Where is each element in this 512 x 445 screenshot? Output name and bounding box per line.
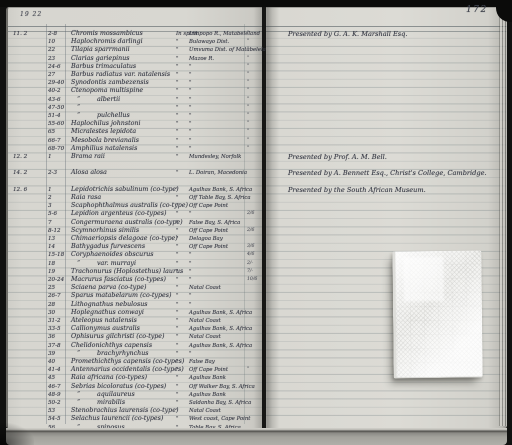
locality: Natal Coast <box>189 284 221 292</box>
condition-mark: " <box>176 219 178 227</box>
ledger-row: 26-7 Sparus matabelarum (co-types) " " <box>8 292 262 300</box>
species-name: Ctenopoma multispine <box>71 87 143 95</box>
species-name: Sciaena parva (co-type) <box>71 284 146 292</box>
condition-mark: " <box>176 112 178 120</box>
locality: Off Cape Point <box>189 202 228 210</box>
species-name: Lepidotrichis sabulinum (co-type) <box>71 186 179 194</box>
specimen-number: 36 <box>48 333 55 341</box>
specimen-number: 53 <box>48 407 55 415</box>
ledger-row: 33-5 Callionymus australis " Agulhas Ban… <box>8 325 262 333</box>
specimen-number: 3 <box>48 202 52 210</box>
species-name: Selachus laurencii (co-types) <box>71 415 163 423</box>
ledger-row: 12. 6 1 Lepidotrichis sabulinum (co-type… <box>8 186 262 194</box>
specimen-number: 2 <box>48 194 52 202</box>
specimen-number: 7 <box>48 219 52 227</box>
condition-mark: " <box>176 391 178 399</box>
specimen-number: 10 <box>48 38 55 46</box>
species-name: Antennarius occidentalis (co-types) <box>71 366 184 374</box>
specimen-number: 28 <box>48 301 55 309</box>
species-name: Raia africana (co-types) <box>71 374 147 382</box>
condition-mark: " <box>176 227 178 235</box>
locality: West coast, Cape Point <box>189 415 250 423</box>
specimen-number: 24-6 <box>48 63 61 71</box>
condition-mark: " <box>176 120 178 128</box>
locality: " <box>189 260 191 268</box>
condition-mark: " <box>176 333 178 341</box>
locality: False Bay, S. Africa <box>189 219 240 227</box>
locality: Off Cape Point <box>189 227 228 235</box>
locality: Off Walker Bay, S. Africa <box>189 383 255 391</box>
locality: Mazoe R. <box>189 55 214 63</box>
species-name: albertii <box>71 96 120 104</box>
specimen-number: 54-5 <box>48 415 61 423</box>
condition-mark: " <box>176 38 178 46</box>
ledger-row: 55-60 Haplochilus johnstoni " " " <box>8 120 262 128</box>
condition-mark: " <box>176 137 178 145</box>
species-name: Haplochromis darlingi <box>71 38 143 46</box>
species-name: Stenobrachius laurensis (co-type) <box>71 407 178 415</box>
condition-mark: " <box>176 415 178 423</box>
specimen-number: 47-50 <box>48 104 64 112</box>
locality: Agulhas Bank <box>189 391 226 399</box>
ledger-row: 54-5 Selachus laurencii (co-types) " Wes… <box>8 415 262 423</box>
specimen-number: 8-12 <box>48 227 61 235</box>
specimen-number: 25 <box>48 284 55 292</box>
condition-mark: " <box>176 169 178 177</box>
locality: Agulhas Bank, S. Africa <box>189 309 252 317</box>
species-name: Tilapia sparrmanii <box>71 46 130 54</box>
margin-note: 7/- <box>247 268 253 276</box>
condition-mark: " <box>176 251 178 259</box>
locality: " <box>189 79 191 87</box>
condition-mark: " <box>176 342 178 350</box>
presented-note: Presented by A. Bennett Esq., Christ's C… <box>288 169 487 178</box>
locality: " <box>189 251 191 259</box>
ledger-row: 47-50 " " " <box>8 104 262 112</box>
specimen-number: 51-4 <box>48 112 61 120</box>
specimen-number: 29-40 <box>48 79 64 87</box>
species-name: Sebrias bicoloratus (co-types) <box>71 383 166 391</box>
species-name: Mesobola brevianalis <box>71 137 139 145</box>
specimen-number: 1 <box>48 153 52 161</box>
species-name: Amphilius natalensis <box>71 145 137 153</box>
presented-note: Presented by Prof. A. M. Bell. <box>288 153 387 162</box>
locality: Agulhas Bank <box>189 374 226 382</box>
specimen-number: 2-8 <box>48 30 57 38</box>
species-name: Hoplegnathus conwayi <box>71 309 144 317</box>
species-name: brachyrhynchus <box>71 350 148 358</box>
margin-note: " <box>247 112 249 120</box>
locality: " <box>189 276 191 284</box>
specimen-number: 33-5 <box>48 325 61 333</box>
locality: L. Doiran, Macedonia <box>189 169 247 177</box>
ledger-row: 24-6 Barbus trimaculatus " " " <box>8 63 262 71</box>
ledger-row: 22 Tilapia sparrmanii " Umvuma Dist. of … <box>8 46 262 54</box>
margin-note: " <box>247 30 249 38</box>
specimen-number: 40 <box>48 358 55 366</box>
specimen-number: 39 <box>48 350 55 358</box>
ledger-row: 46-7 Sebrias bicoloratus (co-types) " Of… <box>8 383 262 391</box>
specimen-number: 43-6 <box>48 96 61 104</box>
page-number-stamp: 172 <box>466 5 488 15</box>
ledger-photo: 19 22 11. 2 2-8 Chromis mossambicus In s… <box>0 0 512 445</box>
ledger-row: 48-9 aquilaureus " Agulhas Bank <box>8 391 262 399</box>
species-name: Promethichthys capensis (co-types) <box>71 358 184 366</box>
ledger-row: 41-4 Antennarius occidentalis (co-types)… <box>8 366 262 374</box>
condition-mark: " <box>176 145 178 153</box>
species-name: Lepidion argenteus (co-types) <box>71 210 166 218</box>
specimen-number: 22 <box>48 46 55 54</box>
species-name: aquilaureus <box>71 391 135 399</box>
margin-note: " <box>247 366 249 374</box>
margin-note: " <box>247 104 249 112</box>
ledger-row: 68-70 Amphilius natalensis " " " <box>8 145 262 153</box>
specimen-number: 50-2 <box>48 399 61 407</box>
species-name: Micralestes lepidota <box>71 128 136 136</box>
specimen-number: 41-4 <box>48 366 61 374</box>
species-name: mirabilis <box>71 399 125 407</box>
condition-mark: " <box>176 383 178 391</box>
specimen-number: 46-7 <box>48 383 61 391</box>
locality: Natal Coast <box>189 317 221 325</box>
ledger-rows-layer: 11. 2 2-8 Chromis mossambicus In spirit … <box>8 8 262 428</box>
ledger-row: 50-2 mirabilis " Saldanha Bay, S. Africa <box>8 399 262 407</box>
book-bottom-edge <box>6 428 507 445</box>
ledger-row: 15-18 Coryphaenoides obscurus " " 4/6 <box>8 251 262 259</box>
book-gutter <box>254 7 280 428</box>
date-cell: 12. 6 <box>13 186 27 194</box>
ledger-row: 27 Barbus radiatus var. natalensis " " " <box>8 71 262 79</box>
species-name: Scymnorhinus similis <box>71 227 139 235</box>
ledger-row: 51-4 pulchellus " " " <box>8 112 262 120</box>
species-name: Sparus matabelarum (co-types) <box>71 292 171 300</box>
specimen-number: 23 <box>48 55 55 63</box>
specimen-number: 31-2 <box>48 317 61 325</box>
locality: " <box>189 87 191 95</box>
locality: Limpopo R., Matabeleland <box>189 30 260 38</box>
condition-mark: " <box>176 104 178 112</box>
ledger-row: 11. 2 2-8 Chromis mossambicus In spirit … <box>8 30 262 38</box>
condition-mark: " <box>176 407 178 415</box>
specimen-number: 5-6 <box>48 210 57 218</box>
ledger-row: 31-2 Ateleopus natalensis " Natal Coast <box>8 317 262 325</box>
ledger-row: 18 var. murrayi " " 2/- <box>8 260 262 268</box>
specimen-number: 18 <box>48 260 55 268</box>
margin-note: " <box>247 71 249 79</box>
ledger-row: 37-8 Chelidonichthys capensis " Agulhas … <box>8 342 262 350</box>
woven-patch <box>392 251 482 379</box>
margin-note: " <box>247 87 249 95</box>
ledger-row: 65 Micralestes lepidota " " " <box>8 128 262 136</box>
date-cell: 11. 2 <box>13 30 27 38</box>
locality: Off Table Bay, S. Africa <box>189 194 251 202</box>
species-name: Ophisurus gilchristi (co-type) <box>71 333 165 341</box>
margin-note: " <box>247 137 249 145</box>
species-name: Brama raii <box>71 153 105 161</box>
date-cell: 14. 2 <box>13 169 27 177</box>
condition-mark: " <box>176 317 178 325</box>
ledger-row: 12. 2 1 Brama raii " Mundesley, Norfolk <box>8 153 262 161</box>
species-name: Macrurus fasciatus (co-types) <box>71 276 166 284</box>
locality: False Bay <box>189 358 215 366</box>
locality: Natal Coast <box>189 407 221 415</box>
locality: " <box>189 71 191 79</box>
ledger-row: 3 Scaphophthalmus australis (co-type) " … <box>8 202 262 210</box>
condition-mark: " <box>176 325 178 333</box>
ledger-row: 40-2 Ctenopoma multispine " " " <box>8 87 262 95</box>
species-name: Coryphaenoides obscurus <box>71 251 154 259</box>
condition-mark: " <box>176 276 178 284</box>
locality: " <box>189 292 191 300</box>
specimen-number: 45 <box>48 374 55 382</box>
condition-mark: " <box>176 210 178 218</box>
specimen-number: 55-60 <box>48 120 64 128</box>
species-name: Barbus radiatus var. natalensis <box>71 71 170 79</box>
locality: " <box>189 112 191 120</box>
locality: Bulawayo Dist. <box>189 38 229 46</box>
specimen-number: 65 <box>48 128 55 136</box>
margin-note: " <box>247 145 249 153</box>
ledger-row: 2 Raia rasa " Off Table Bay, S. Africa <box>8 194 262 202</box>
species-name: var. murrayi <box>71 260 136 268</box>
locality: Off Cape Point <box>189 366 228 374</box>
locality: " <box>189 268 191 276</box>
specimen-number: 66-7 <box>48 137 61 145</box>
species-name: Chelidonichthys capensis <box>71 342 152 350</box>
ledger-row: 19 Trachonurus (Hoplostethus) laurus " "… <box>8 268 262 276</box>
ledger-row: 8-12 Scymnorhinus similis " Off Cape Poi… <box>8 227 262 235</box>
species-name: Callionymus australis <box>71 325 140 333</box>
locality: " <box>189 96 191 104</box>
locality: " <box>189 350 191 358</box>
condition-mark: " <box>176 96 178 104</box>
ledger-row: 66-7 Mesobola brevianalis " " " <box>8 137 262 145</box>
presented-note: Presented by the South African Museum. <box>288 186 426 195</box>
condition-mark: " <box>176 63 178 71</box>
specimen-number: 68-70 <box>48 145 64 153</box>
species-name: Synodontis zambezensis <box>71 79 149 87</box>
condition-mark: " <box>176 79 178 87</box>
ledger-row: 14 Bathygadus furvescens " Off Cape Poin… <box>8 243 262 251</box>
ledger-row: 10 Haplochromis darlingi " Bulawayo Dist… <box>8 38 262 46</box>
ledger-row: 53 Stenobrachius laurensis (co-type) " N… <box>8 407 262 415</box>
ledger-row: 40 Promethichthys capensis (co-types) " … <box>8 358 262 366</box>
margin-note: " <box>247 120 249 128</box>
species-name: Ateleopus natalensis <box>71 317 137 325</box>
specimen-number: 20-24 <box>48 276 64 284</box>
locality: " <box>189 63 191 71</box>
corner-shadow <box>0 423 34 445</box>
condition-mark: " <box>176 309 178 317</box>
species-name: Trachonurus (Hoplostethus) laurus <box>71 268 183 276</box>
condition-mark: " <box>176 235 178 243</box>
margin-note: " <box>247 63 249 71</box>
specimen-number: 48-9 <box>48 391 61 399</box>
condition-mark: " <box>176 128 178 136</box>
locality: " <box>189 120 191 128</box>
species-name: Lithognathus nebulosus <box>71 301 147 309</box>
condition-mark: " <box>176 186 178 194</box>
specimen-number: 27 <box>48 71 55 79</box>
locality: " <box>189 137 191 145</box>
specimen-number: 40-2 <box>48 87 61 95</box>
condition-mark: " <box>176 46 178 54</box>
date-cell: 12. 2 <box>13 153 27 161</box>
locality: " <box>189 128 191 136</box>
margin-note: " <box>247 128 249 136</box>
margin-note: " <box>247 79 249 87</box>
specimen-number: 14 <box>48 243 55 251</box>
condition-mark: " <box>176 358 178 366</box>
species-name: Alosa alosa <box>71 169 107 177</box>
species-name: Clarias gariepinus <box>71 55 130 63</box>
condition-mark: " <box>176 301 178 309</box>
locality: Delagoa Bay <box>189 235 223 243</box>
condition-mark: " <box>176 153 178 161</box>
ledger-row: 14. 2 2-3 Alosa alosa " L. Doiran, Maced… <box>8 169 262 177</box>
ledger-row: 30 Hoplegnathus conwayi " Agulhas Bank, … <box>8 309 262 317</box>
condition-mark: " <box>176 399 178 407</box>
specimen-number: 2-3 <box>48 169 57 177</box>
locality: " <box>189 210 191 218</box>
specimen-number: 19 <box>48 268 55 276</box>
ledger-row: 45 Raia africana (co-types) " Agulhas Ba… <box>8 374 262 382</box>
locality: Mundesley, Norfolk <box>189 153 241 161</box>
condition-mark: " <box>176 55 178 63</box>
condition-mark: " <box>176 268 178 276</box>
locality: Natal Coast <box>189 333 221 341</box>
background-top-edge <box>0 0 512 7</box>
locality: Agulhas Bank, S. Africa <box>189 342 252 350</box>
ledger-page-left: 19 22 11. 2 2-8 Chromis mossambicus In s… <box>6 7 262 428</box>
presented-note: Presented by G. A. K. Marshall Esq. <box>288 30 407 39</box>
margin-note: " <box>247 96 249 104</box>
condition-mark: " <box>176 292 178 300</box>
species-name: Scaphophthalmus australis (co-type) <box>71 202 188 210</box>
locality: " <box>189 145 191 153</box>
species-name: Raia rasa <box>71 194 101 202</box>
specimen-number: 30 <box>48 309 55 317</box>
locality: Saldanha Bay, S. Africa <box>189 399 251 407</box>
specimen-number: 26-7 <box>48 292 61 300</box>
condition-mark: " <box>176 366 178 374</box>
ledger-row: 28 Lithognathus nebulosus " " <box>8 301 262 309</box>
specimen-number: 15-18 <box>48 251 64 259</box>
specimen-number: 1 <box>48 186 52 194</box>
specimen-number: 13 <box>48 235 55 243</box>
species-name: Barbus trimaculatus <box>71 63 136 71</box>
ledger-row: 25 Sciaena parva (co-type) " Natal Coast <box>8 284 262 292</box>
ledger-row: 5-6 Lepidion argenteus (co-types) " " 2/… <box>8 210 262 218</box>
condition-mark: " <box>176 194 178 202</box>
ledger-row: 39 brachyrhynchus " " <box>8 350 262 358</box>
species-name: Bathygadus furvescens <box>71 243 145 251</box>
species-name: Chimaeriopsis delagoae (co-type) <box>71 235 178 243</box>
specimen-number: 37-8 <box>48 342 61 350</box>
page-stack-edge <box>499 10 507 426</box>
ledger-row: 36 Ophisurus gilchristi (co-type) " Nata… <box>8 333 262 341</box>
condition-mark: " <box>176 87 178 95</box>
condition-mark: " <box>176 71 178 79</box>
species-name: Congermuraena australis (co-type) <box>71 219 183 227</box>
margin-note: " <box>247 38 249 46</box>
species-name: pulchellus <box>71 112 130 120</box>
ledger-row: 23 Clarias gariepinus " Mazoe R. " <box>8 55 262 63</box>
condition-mark: " <box>176 284 178 292</box>
margin-note: " <box>247 46 249 54</box>
ledger-row: 29-40 Synodontis zambezensis " " " <box>8 79 262 87</box>
locality: " <box>189 104 191 112</box>
locality: Agulhas Bank, S. Africa <box>189 186 252 194</box>
locality: Agulhas Bank, S. Africa <box>189 325 252 333</box>
ledger-row: 20-24 Macrurus fasciatus (co-types) " " … <box>8 276 262 284</box>
locality: Off Cape Point <box>189 243 228 251</box>
ledger-row: 43-6 albertii " " " <box>8 96 262 104</box>
condition-mark: " <box>176 243 178 251</box>
species-name: Haplochilus johnstoni <box>71 120 140 128</box>
margin-note: 2/- <box>247 260 253 268</box>
condition-mark: " <box>176 202 178 210</box>
condition-mark: " <box>176 350 178 358</box>
condition-mark: " <box>176 260 178 268</box>
locality: " <box>189 301 191 309</box>
ledger-row: 13 Chimaeriopsis delagoae (co-type) " De… <box>8 235 262 243</box>
condition-mark: " <box>176 374 178 382</box>
species-name: Chromis mossambicus <box>71 30 143 38</box>
margin-note: " <box>247 55 249 63</box>
ledger-row: 7 Congermuraena australis (co-type) " Fa… <box>8 219 262 227</box>
